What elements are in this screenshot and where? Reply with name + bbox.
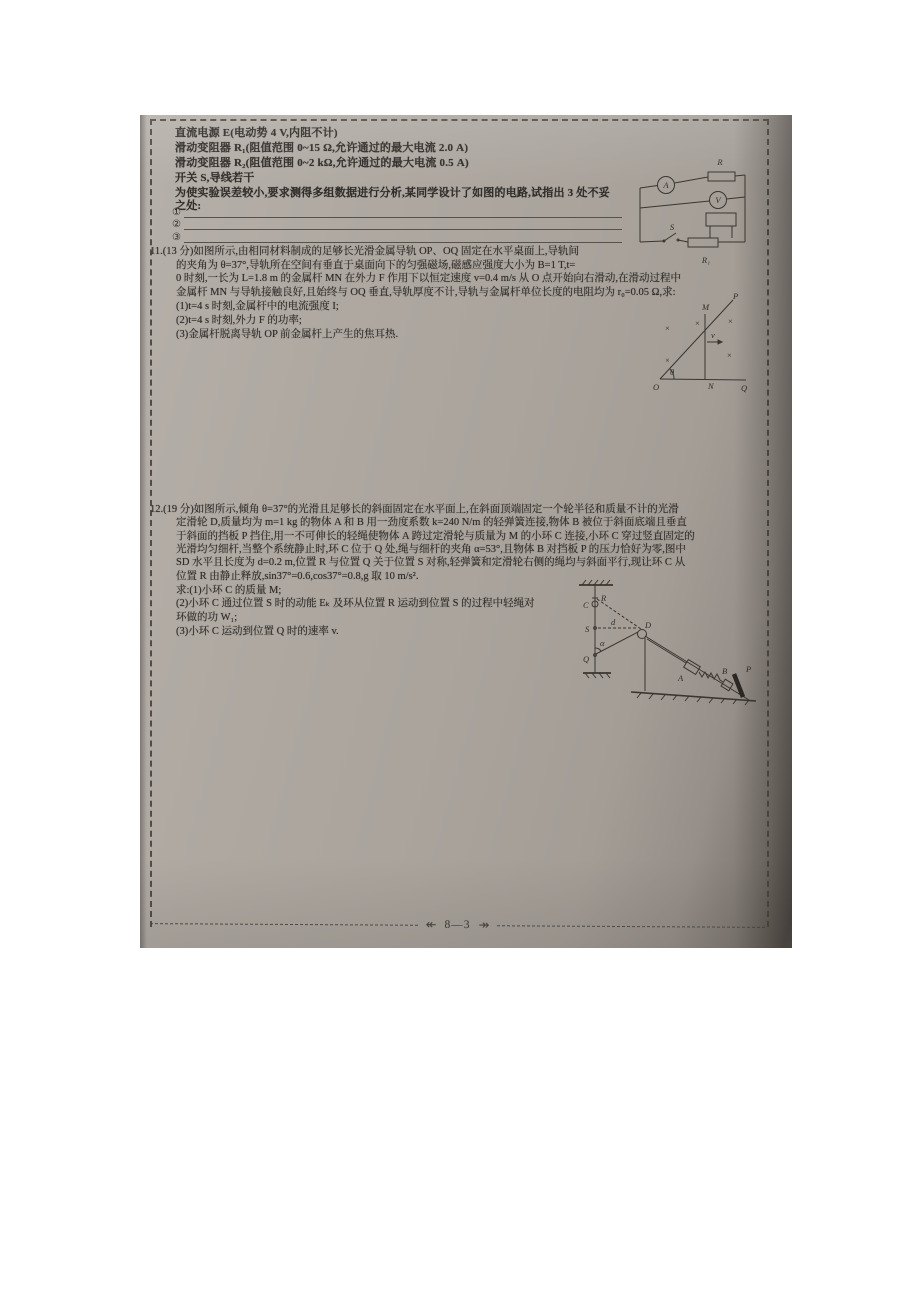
blank-underline — [184, 234, 622, 243]
angle-alpha-arc — [595, 648, 601, 651]
P-label: P — [732, 291, 738, 301]
hatch — [697, 697, 701, 702]
q11-line: (2)t=4 s 时刻,外力 F 的功率; — [176, 315, 302, 327]
q12-line: 求:(1)小环 C 的质量 M; — [176, 585, 281, 597]
R-label: R — [600, 593, 607, 603]
blank-number: ① — [172, 207, 181, 218]
voltmeter-label: V — [715, 195, 722, 205]
photo-left-edge-shadow — [140, 115, 147, 948]
wire — [735, 175, 745, 176]
blank-underline — [184, 209, 622, 218]
Q-label: Q — [741, 383, 747, 393]
q11-line: 金属杆 MN 与导轨接触良好,且始终与 OQ 垂直,导轨厚度不计,导轨与金属杆单… — [176, 287, 676, 299]
exam-page-photo: 直流电源 E(电动势 4 V,内阻不计) 滑动变阻器 R₁(阻值范围 0~15 … — [140, 115, 792, 948]
field-into-page-symbol: × — [665, 355, 670, 365]
apparatus-line: 为使实验误差较小,要求测得多组数据进行分析,某同学设计了如图的电路,试指出 3 … — [175, 187, 610, 199]
scanned-exam-screenshot: { "colors": {"paper":"#a9a39c","ink":"#2… — [0, 0, 920, 1302]
q11-line: 的夹角为 θ=37°,导轨所在空间有垂直于桌面向下的匀强磁场,磁感应强度大小为 … — [176, 260, 575, 272]
velocity-arrowhead — [718, 340, 722, 344]
N-label: N — [707, 381, 715, 391]
answer-blank-3: ③ — [172, 232, 622, 243]
field-into-page-symbol: × — [728, 316, 733, 326]
q12-line: 定滑轮 D,质量均为 m=1 kg 的物体 A 和 B 用一劲度系数 k=240… — [176, 517, 687, 529]
d-label: d — [611, 617, 616, 627]
Q-label: Q — [583, 654, 589, 664]
P-label: P — [745, 664, 751, 674]
wire — [727, 197, 746, 199]
q12-line: 光滑均匀细杆,当整个系统静止时,环 C 位于 Q 处,绳与细杆的夹角 α=53°… — [176, 544, 686, 556]
rheostat-slider-box — [706, 213, 736, 226]
q12-line: 位置 R 由静止释放,sin37°=0.6,cos37°=0.8,g 取 10 … — [176, 571, 418, 583]
hatch — [637, 693, 641, 698]
answer-blank-1: ① — [172, 207, 622, 218]
apparatus-line: 滑动变阻器 R₁(阻值范围 0~15 Ω,允许通过的最大电流 2.0 A) — [175, 142, 468, 154]
q12-line: (3)小环 C 运动到位置 Q 时的速率 v. — [176, 626, 339, 638]
wire — [640, 186, 658, 189]
hatch — [709, 698, 713, 703]
q12-line: 12.(19 分)如图所示,倾角 θ=37°的光滑且足够长的斜面固定在水平面上,… — [150, 504, 679, 516]
circuit-diagram: A R V S R₁ — [618, 135, 755, 265]
footer-left-arrow-ornament: ↞ — [426, 918, 437, 931]
field-into-page-symbol: × — [665, 323, 670, 333]
rail-OQ — [660, 379, 746, 380]
v-label: v — [711, 330, 715, 340]
page-number: 8—3 — [444, 919, 470, 931]
answer-blank-2: ② — [172, 219, 622, 230]
page-footer: ↞ 8—3 ↠ — [150, 915, 765, 935]
q11-line: (1)t=4 s 时刻,金属杆中的电流强度 I; — [176, 301, 339, 313]
q11-line: (3)金属杆脱离导轨 OP 前金属杆上产生的焦耳热. — [176, 329, 398, 341]
q11-line: 0 时刻,一长为 L=1.8 m 的金属杆 MN 在外力 F 作用下以恒定速度 … — [176, 273, 681, 285]
rope-DA — [647, 639, 686, 663]
B-label: B — [722, 666, 727, 676]
hatch — [661, 695, 665, 700]
dashed-RD — [597, 599, 641, 629]
ammeter-label: A — [662, 180, 669, 190]
alpha-label: α — [600, 638, 605, 648]
M-label: M — [701, 302, 710, 312]
footer-dash-line — [497, 925, 765, 928]
q11-line: 11.(13 分)如图所示,由相同材料制成的足够长光滑金属导轨 OP、OQ 固定… — [150, 246, 579, 258]
switch-blade — [664, 233, 676, 241]
apparatus-line: 滑动变阻器 R₂(阻值范围 0~2 kΩ,允许通过的最大电流 0.5 A) — [175, 157, 469, 169]
rheostat-symbol — [688, 238, 718, 247]
O-label: O — [653, 382, 659, 392]
rheostat-label: R₁ — [701, 255, 710, 265]
q12-line: 于斜面的挡板 P 挡住,用一不可伸长的轻绳使物体 A 跨过定滑轮与质量为 M 的… — [176, 531, 695, 543]
q12-line: SD 水平且长度为 d=0.2 m,位置 R 与位置 Q 关于位置 S 对称,轻… — [176, 557, 685, 569]
apparatus-line: 直流电源 E(电动势 4 V,内阻不计) — [175, 127, 338, 139]
A-label: A — [677, 673, 684, 683]
footer-dash-line — [150, 923, 418, 926]
field-into-page-symbol: × — [695, 318, 700, 328]
resistor-label: R — [716, 157, 723, 167]
footer-right-arrow-ornament: ↠ — [478, 919, 489, 932]
wire — [675, 177, 709, 183]
q12-line: (2)小环 C 通过位置 S 时的动能 Eₖ 及环从位置 R 运动到位置 S 的… — [176, 598, 535, 610]
wire — [678, 240, 688, 242]
hatch — [649, 694, 653, 699]
incline-surface — [645, 636, 749, 700]
theta-label: θ — [670, 367, 674, 377]
wire — [640, 241, 664, 242]
blank-number: ③ — [172, 232, 181, 243]
C-label: C — [583, 600, 589, 610]
apparatus-line: 开关 S,导线若干 — [175, 172, 254, 184]
blank-number: ② — [172, 219, 181, 230]
q11-figure: θ v M N O Q P × × × × × — [645, 292, 753, 396]
D-label: D — [644, 620, 652, 630]
q12-line: 环做的功 W₁; — [176, 612, 237, 624]
wire — [640, 201, 710, 208]
q12-figure: R C S d Q α D A B P — [575, 578, 760, 708]
blank-underline — [184, 221, 622, 230]
switch-label: S — [670, 222, 675, 232]
S-label: S — [585, 624, 590, 634]
pulley-D — [638, 630, 647, 639]
field-into-page-symbol: × — [727, 350, 732, 360]
resistor-symbol — [708, 172, 735, 181]
